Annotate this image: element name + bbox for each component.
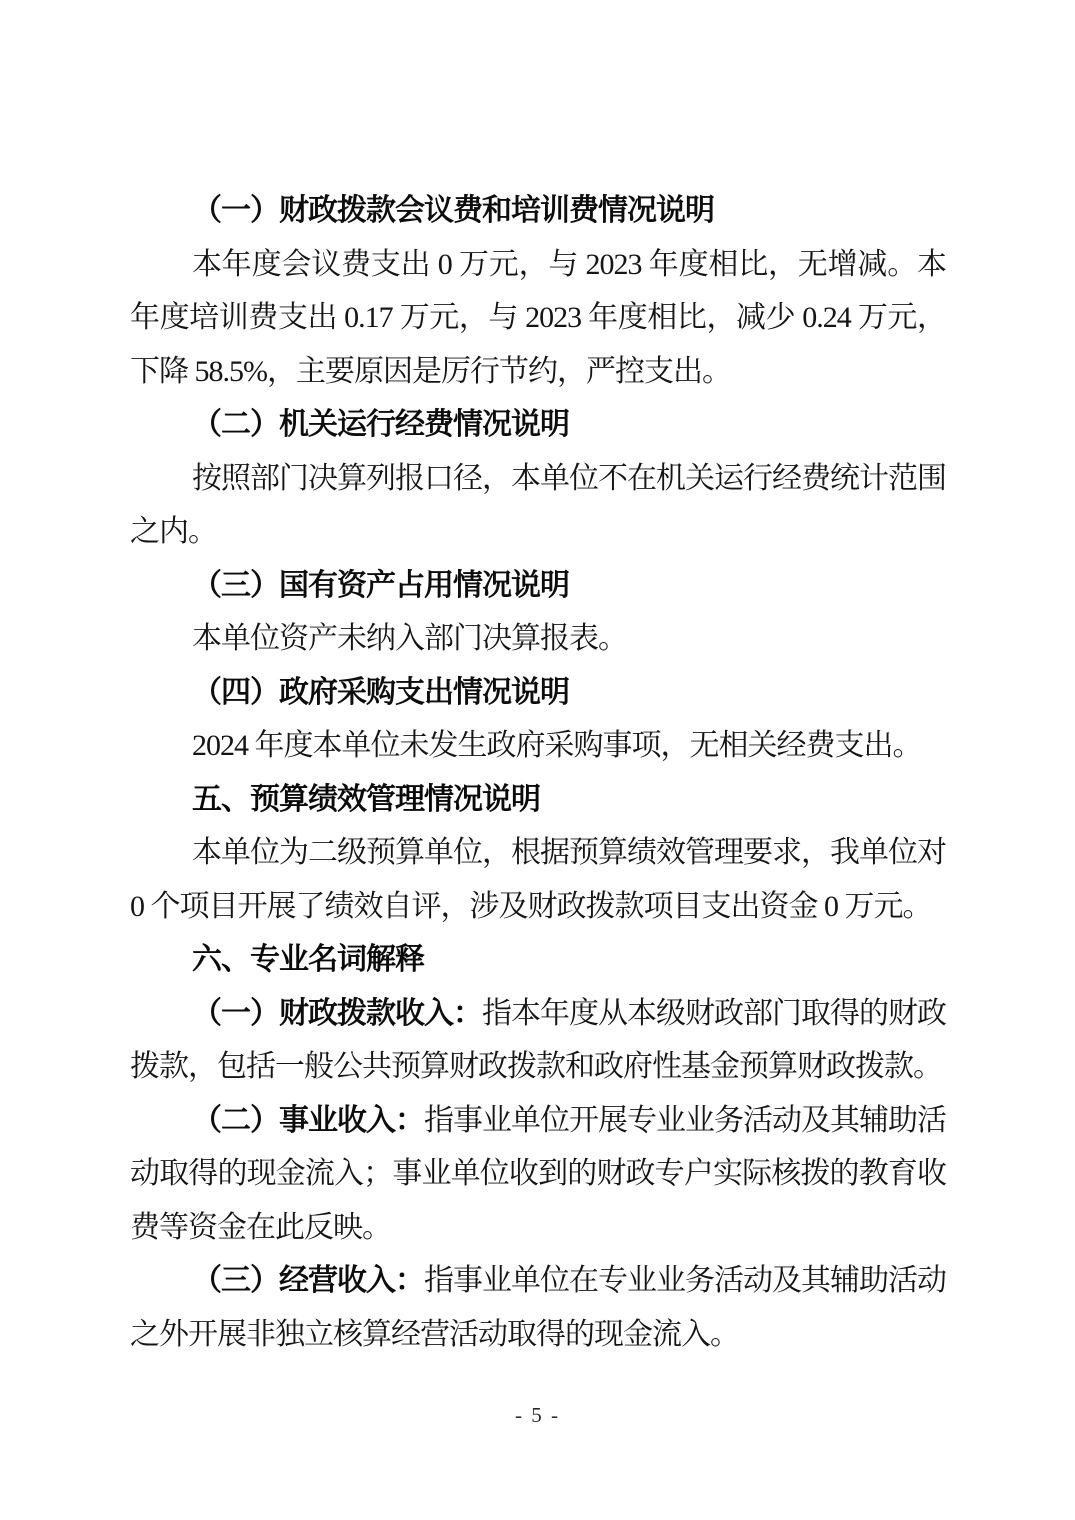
paragraph-meeting-training-fees: 本年度会议费支出 0 万元，与 2023 年度相比，无增减。本年度培训费支出 0… [130, 238, 946, 399]
paragraph-term-fiscal-appropriation-income: （一）财政拨款收入：指本年度从本级财政部门取得的财政拨款，包括一般公共预算财政拨… [130, 987, 946, 1094]
paragraph-term-institutional-income: （二）事业收入：指事业单位开展专业业务活动及其辅助活动取得的现金流入；事业单位收… [130, 1094, 946, 1255]
heading-government-procurement: （四）政府采购支出情况说明 [130, 666, 946, 720]
term-label-fiscal-appropriation-income: （一）财政拨款收入： [192, 997, 482, 1030]
page-number: - 5 - [0, 1400, 1075, 1430]
heading-agency-operating-funds: （二）机关运行经费情况说明 [130, 398, 946, 452]
term-label-institutional-income: （二）事业收入： [192, 1104, 424, 1137]
paragraph-agency-operating-funds: 按照部门决算列报口径，本单位不在机关运行经费统计范围之内。 [130, 452, 946, 559]
paragraph-state-asset-occupancy: 本单位资产未纳入部门决算报表。 [130, 612, 946, 666]
heading-terminology-explanation: 六、专业名词解释 [130, 933, 946, 987]
paragraph-government-procurement: 2024 年度本单位未发生政府采购事项，无相关经费支出。 [130, 719, 946, 773]
document-body: （一）财政拨款会议费和培训费情况说明 本年度会议费支出 0 万元，与 2023 … [130, 184, 946, 1361]
paragraph-term-operating-income: （三）经营收入：指事业单位在专业业务活动及其辅助活动之外开展非独立核算经营活动取… [130, 1254, 946, 1361]
term-label-operating-income: （三）经营收入： [192, 1264, 424, 1297]
document-page: （一）财政拨款会议费和培训费情况说明 本年度会议费支出 0 万元，与 2023 … [0, 0, 1075, 1520]
heading-budget-performance-management: 五、预算绩效管理情况说明 [130, 773, 946, 827]
paragraph-budget-performance-management: 本单位为二级预算单位，根据预算绩效管理要求，我单位对 0 个项目开展了绩效自评，… [130, 826, 946, 933]
heading-fiscal-meeting-training-fees: （一）财政拨款会议费和培训费情况说明 [130, 184, 946, 238]
heading-state-asset-occupancy: （三）国有资产占用情况说明 [130, 559, 946, 613]
